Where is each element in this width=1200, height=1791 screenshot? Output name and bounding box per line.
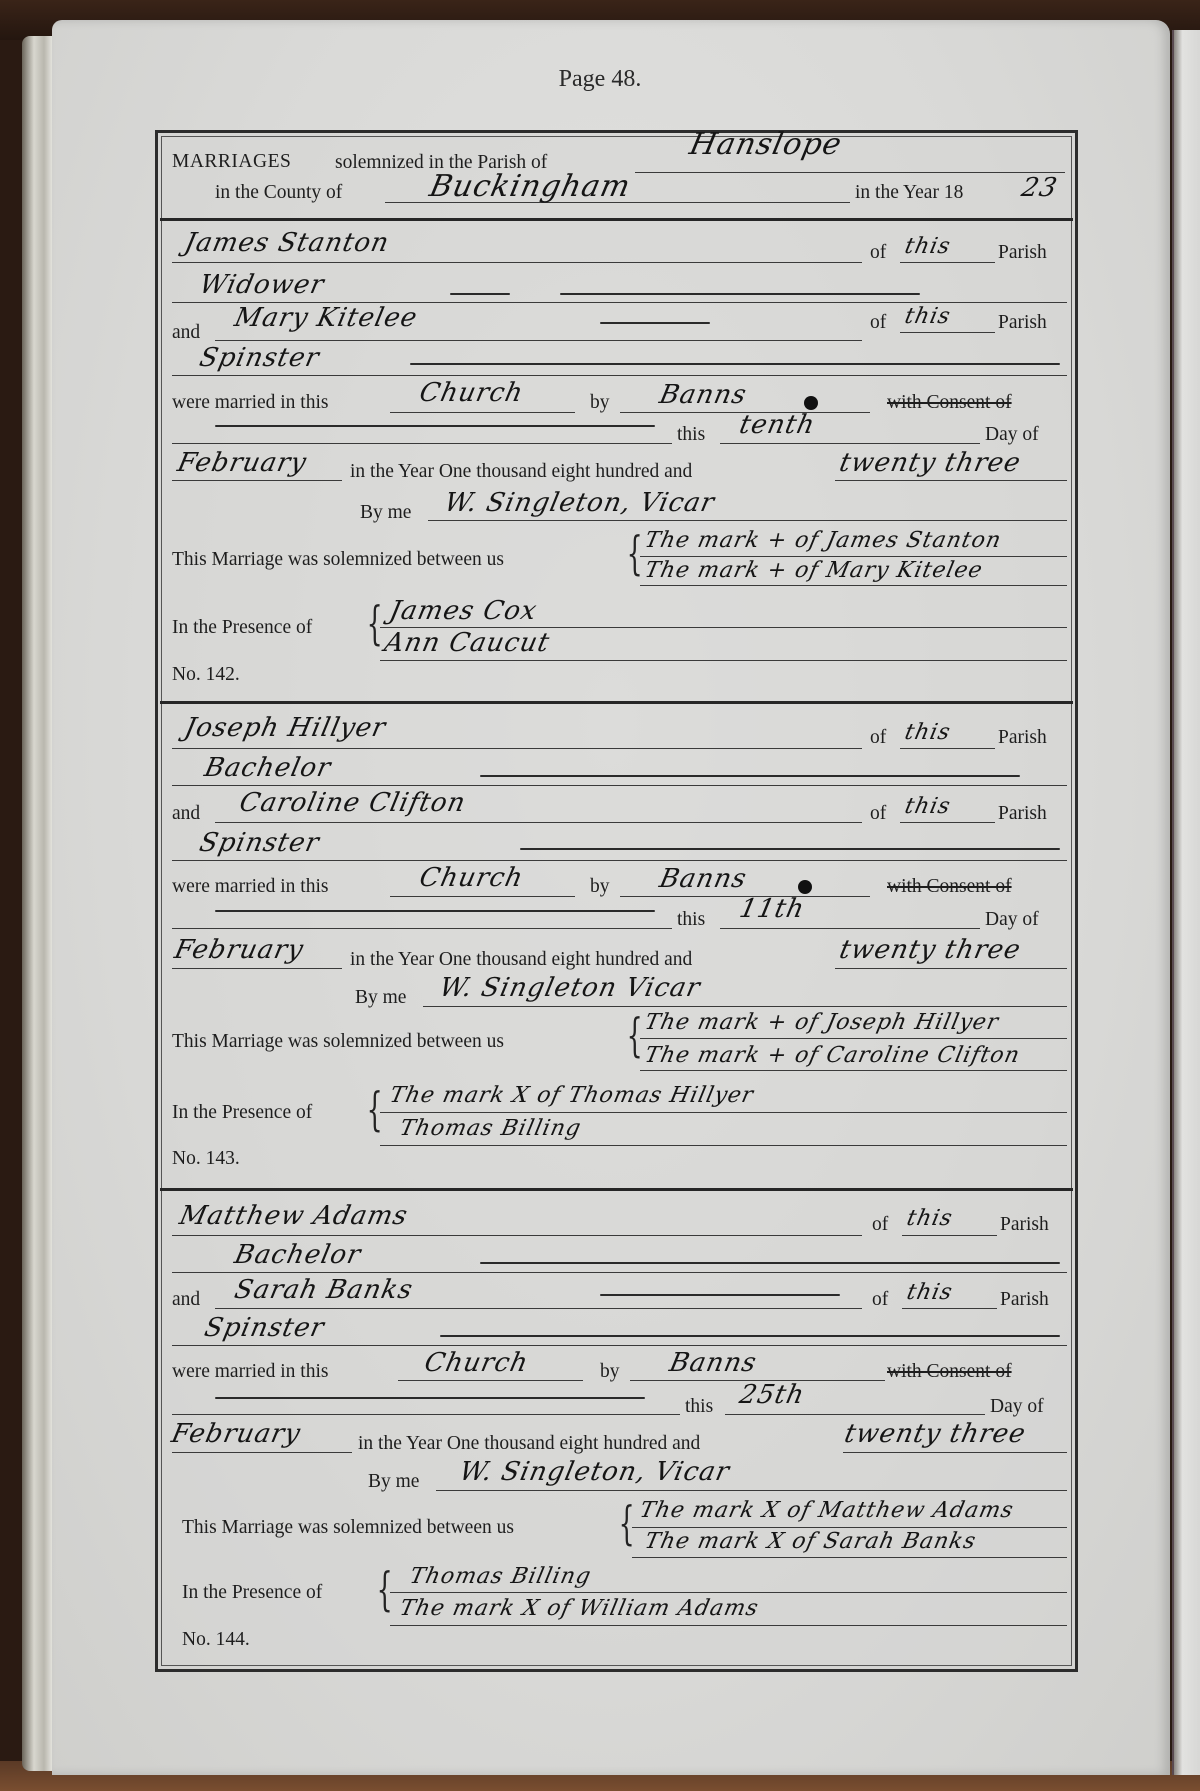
this-label: this xyxy=(677,425,705,445)
this-label: this xyxy=(677,910,705,930)
brace: { xyxy=(367,1086,383,1132)
presence-label: In the Presence of xyxy=(182,1583,322,1603)
parish-label: Parish xyxy=(998,243,1047,263)
groom-status: Bachelor xyxy=(202,755,333,781)
married-label: were married in this xyxy=(172,393,329,413)
groom-parish: this xyxy=(905,1208,955,1230)
by-me-label: By me xyxy=(360,503,411,523)
day-value: tenth xyxy=(737,412,817,438)
bride-name: Sarah Banks xyxy=(232,1277,415,1303)
bride-signature: The mark + of Caroline Clifton xyxy=(643,1045,1022,1067)
year-text-label: in the Year One thousand eight hundred a… xyxy=(358,1434,700,1454)
entry-number: No. 143. xyxy=(172,1149,240,1169)
witness-1: The mark X of Thomas Hillyer xyxy=(388,1085,756,1107)
presence-label: In the Presence of xyxy=(172,1103,312,1123)
witness-1: Thomas Billing xyxy=(408,1566,594,1588)
solemnized-label: This Marriage was solemnized between us xyxy=(182,1518,514,1538)
by-value: Banns xyxy=(667,1350,759,1376)
parish-label: Parish xyxy=(1000,1215,1049,1235)
year-words: twenty three xyxy=(842,1421,1028,1447)
bride-signature: The mark + of Mary Kitelee xyxy=(643,560,985,582)
by-value: Banns xyxy=(657,382,749,408)
of-label: of xyxy=(870,313,886,333)
parish-label: Parish xyxy=(998,804,1047,824)
parish-label: Parish xyxy=(998,313,1047,333)
month-value: February xyxy=(169,1421,303,1447)
of-label: of xyxy=(870,804,886,824)
brace: { xyxy=(627,1012,643,1058)
presence-label: In the Presence of xyxy=(172,618,312,638)
witness-2: Ann Caucut xyxy=(382,630,552,656)
entry-number: No. 144. xyxy=(182,1630,250,1650)
witness-1: James Cox xyxy=(387,598,539,624)
officiant-signature: W. Singleton, Vicar xyxy=(442,490,717,516)
ink-blot xyxy=(798,880,812,894)
day-of-label: Day of xyxy=(985,425,1039,445)
witness-2: Thomas Billing xyxy=(398,1118,584,1140)
groom-status: Bachelor xyxy=(232,1242,363,1268)
month-value: February xyxy=(175,450,309,476)
year-text-label: in the Year One thousand eight hundred a… xyxy=(350,462,692,482)
bride-name: Caroline Clifton xyxy=(237,790,468,816)
year-label: in the Year 18 xyxy=(855,183,963,203)
bride-name: Mary Kitelee xyxy=(232,305,420,331)
by-label: by xyxy=(600,1362,620,1382)
married-label: were married in this xyxy=(172,1362,329,1382)
groom-signature: The mark + of Joseph Hillyer xyxy=(643,1012,1001,1034)
year-words: twenty three xyxy=(837,937,1023,963)
parish-value: Hanslope xyxy=(687,130,845,160)
with-consent-label: with Consent of xyxy=(887,393,1012,413)
this-label: this xyxy=(685,1397,713,1417)
brace: { xyxy=(619,1500,635,1546)
of-label: of xyxy=(872,1290,888,1310)
bride-parish: this xyxy=(905,1282,955,1304)
entry-number: No. 142. xyxy=(172,665,240,685)
groom-name: James Stanton xyxy=(182,230,391,256)
year-words: twenty three xyxy=(837,450,1023,476)
day-value: 11th xyxy=(737,896,807,922)
groom-parish: this xyxy=(903,236,953,258)
section-divider xyxy=(160,218,1073,221)
bride-status: Spinster xyxy=(197,345,322,371)
day-of-label: Day of xyxy=(990,1397,1044,1417)
solemnized-label: This Marriage was solemnized between us xyxy=(172,1032,504,1052)
and-label: and xyxy=(172,804,200,824)
venue: Church xyxy=(417,380,526,406)
brace: { xyxy=(627,530,643,576)
and-label: and xyxy=(172,1290,200,1310)
header-title: MARRIAGES xyxy=(172,152,291,172)
month-value: February xyxy=(172,937,306,963)
by-label: by xyxy=(590,877,610,897)
brace: { xyxy=(377,1566,393,1612)
of-label: of xyxy=(870,243,886,263)
facing-page-edge xyxy=(1172,30,1200,1775)
bride-parish: this xyxy=(903,306,953,328)
groom-name: Matthew Adams xyxy=(177,1203,410,1229)
section-divider xyxy=(160,1188,1073,1191)
venue: Church xyxy=(422,1350,531,1376)
county-value: Buckingham xyxy=(427,172,634,202)
of-label: of xyxy=(870,728,886,748)
venue: Church xyxy=(417,865,526,891)
with-consent-label: with Consent of xyxy=(887,1362,1012,1382)
day-of-label: Day of xyxy=(985,910,1039,930)
county-label: in the County of xyxy=(215,183,342,203)
by-me-label: By me xyxy=(355,988,406,1008)
brace: { xyxy=(367,600,383,646)
section-divider xyxy=(160,701,1073,704)
groom-name: Joseph Hillyer xyxy=(182,715,388,741)
married-label: were married in this xyxy=(172,877,329,897)
bride-parish: this xyxy=(903,796,953,818)
solemnized-label: This Marriage was solemnized between us xyxy=(172,550,504,570)
day-value: 25th xyxy=(737,1382,807,1408)
with-consent-label: with Consent of xyxy=(887,877,1012,897)
groom-parish: this xyxy=(903,722,953,744)
by-me-label: By me xyxy=(368,1472,419,1492)
bride-status: Spinster xyxy=(197,830,322,856)
parish-label: Parish xyxy=(998,728,1047,748)
parish-label: Parish xyxy=(1000,1290,1049,1310)
of-label: of xyxy=(872,1215,888,1235)
officiant-signature: W. Singleton, Vicar xyxy=(457,1459,732,1485)
witness-2: The mark X of William Adams xyxy=(398,1598,761,1620)
ink-blot xyxy=(804,396,818,410)
by-label: by xyxy=(590,393,610,413)
parish-field-line xyxy=(635,172,1065,173)
groom-signature: The mark + of James Stanton xyxy=(643,530,1004,552)
year-value: 23 xyxy=(1019,175,1060,201)
year-text-label: in the Year One thousand eight hundred a… xyxy=(350,950,692,970)
by-value: Banns xyxy=(657,866,749,892)
and-label: and xyxy=(172,323,200,343)
officiant-signature: W. Singleton Vicar xyxy=(437,975,703,1001)
page-number: Page 48. xyxy=(0,66,1200,93)
bride-signature: The mark X of Sarah Banks xyxy=(643,1531,978,1553)
bride-status: Spinster xyxy=(202,1315,327,1341)
groom-signature: The mark X of Matthew Adams xyxy=(638,1500,1016,1522)
groom-status: Widower xyxy=(197,272,326,298)
